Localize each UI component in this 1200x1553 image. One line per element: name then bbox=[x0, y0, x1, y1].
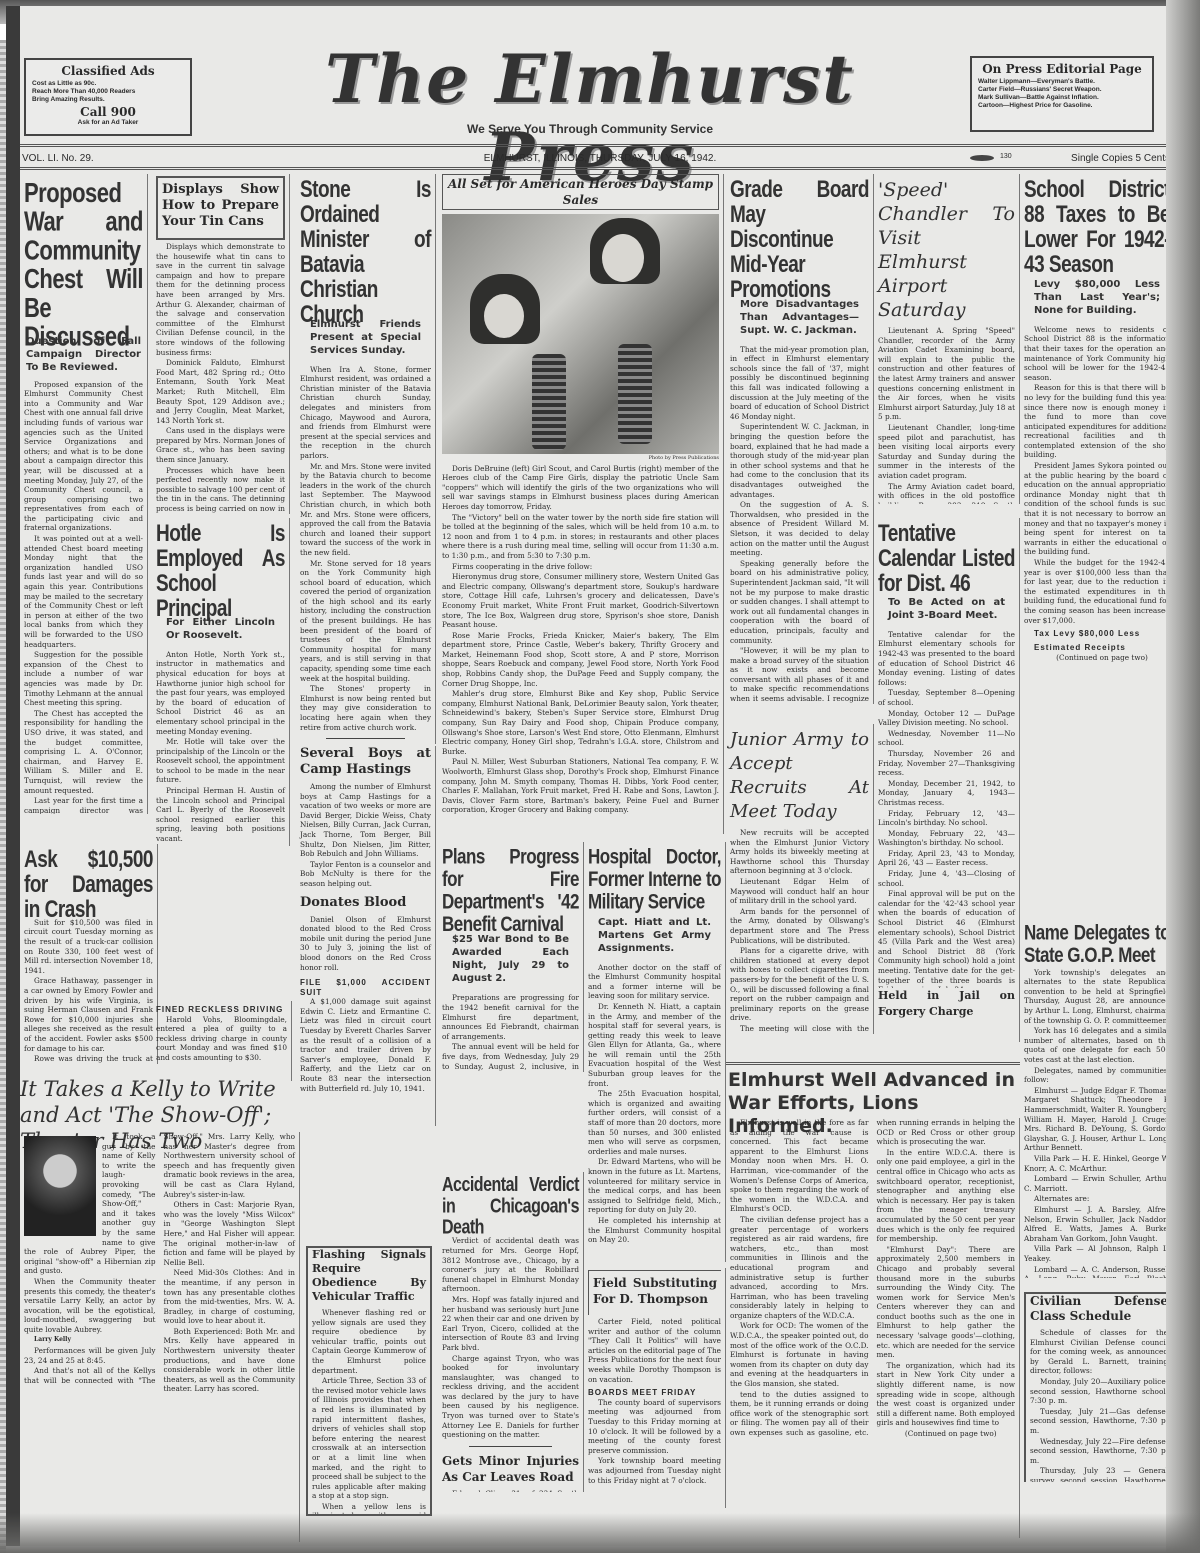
paragraph: Lieutenant Edgar Helm of Maywood will co… bbox=[730, 877, 869, 906]
editorial-box-title: On Press Editorial Page bbox=[978, 62, 1146, 76]
paragraph: He completed his internship at the Elmhu… bbox=[588, 1216, 721, 1245]
editorial-item: Mark Sullivan—Battle Against Inflation. bbox=[978, 94, 1146, 102]
deck: More Disadvantages Than Advantages— Supt… bbox=[740, 298, 859, 337]
article-hotle: Hotle Is Employed As School Principal Fo… bbox=[152, 518, 290, 846]
headline: 'Speed' Chandler To Visit Elmhurst Airpo… bbox=[878, 178, 1015, 322]
paragraph: The Army Aviation cadet board, with offi… bbox=[878, 482, 1015, 505]
article-lions: Elmhurst is well in the fore as far as a… bbox=[726, 1118, 1020, 1538]
article-hospital: Hospital Doctor, Former Interne to Milit… bbox=[584, 842, 726, 1262]
paragraph: Daniel Olson of Elmhurst donated blood t… bbox=[300, 915, 431, 973]
paragraph: Last year for the first time a campaign … bbox=[24, 796, 143, 814]
portrait-caption: Larry Kelly bbox=[24, 1335, 156, 1345]
newspaper-title: The Elmhurst Press bbox=[220, 40, 960, 196]
headline: Field Substituting For D. Thompson bbox=[593, 1275, 717, 1307]
paragraph: The county board of supervisors meeting … bbox=[588, 1398, 721, 1456]
article-calendar: Tentative Calendar Listed for Dist. 46 T… bbox=[874, 518, 1020, 988]
paragraph: Mahler's drug store, Elmhurst Bike and K… bbox=[442, 689, 719, 756]
classified-title: Classified Ads bbox=[32, 64, 184, 78]
article-gop: Name Delegates to State G.O.P. Meet York… bbox=[1020, 918, 1166, 1278]
paragraph: York has 16 delegates and a similar numb… bbox=[1024, 1026, 1166, 1064]
photo-headline: All Set for American Heroes Day Stamp Sa… bbox=[442, 174, 719, 210]
paragraph: Plans for a cigarette drive, with childr… bbox=[730, 946, 869, 1023]
headline: Stone Is Ordained Minister of Batavia Ch… bbox=[300, 178, 431, 328]
paragraph: Others in Cast: Marjorie Ryan, who was t… bbox=[164, 1200, 296, 1267]
paragraph: While the budget for the 1942-43 year is… bbox=[1024, 558, 1166, 625]
editorial-item: Walter Lippmann—Everyman's Battle. bbox=[978, 78, 1146, 86]
calendar-item: Friday, June 4, '43—Closing of school. bbox=[878, 869, 1015, 888]
paragraph: Elmhurst is well in the fore as far as a… bbox=[730, 1118, 869, 1214]
article-field: Field Substituting For D. Thompson Carte… bbox=[584, 1268, 726, 1508]
headline: School District 88 Taxes to Be Lower For… bbox=[1024, 178, 1166, 278]
paragraph: Mrs. Hopf was fatally injured and her hu… bbox=[442, 1295, 579, 1353]
classified-line: Cost as Little as 90c. bbox=[32, 80, 184, 88]
paragraph: Cans used in the displays were prepared … bbox=[156, 426, 285, 464]
paragraph: Taylor Fenton is a counselor and Bob McN… bbox=[300, 860, 431, 889]
paragraph: New recruits will be accepted when the E… bbox=[730, 828, 869, 876]
paragraph: Dr. Kenneth N. Hiatt, a captain in the A… bbox=[588, 1002, 721, 1088]
article-forgery: Held in Jail on Forgery Charge bbox=[874, 988, 1020, 1042]
paragraph: Edward Cline, 31, of 334 South st., Down… bbox=[442, 1489, 579, 1492]
divider bbox=[326, 738, 405, 739]
paragraph: Final approval will be put on the calend… bbox=[878, 889, 1015, 988]
paragraph: Whenever flashing red or yellow signals … bbox=[312, 1308, 426, 1375]
dateline-bar: VOL. LI. No. 29. ELMHURST, ILLINOIS, THU… bbox=[20, 144, 1166, 170]
masthead: Classified Ads Cost as Little as 90c. Re… bbox=[20, 32, 1166, 150]
article-stamp-sales: All Set for American Heroes Day Stamp Sa… bbox=[438, 174, 724, 834]
schedule-item: Thursday, July 23 — General survey, seco… bbox=[1030, 1466, 1166, 1482]
paragraph: Delegates, named by communities, follow: bbox=[1024, 1066, 1166, 1085]
paragraph: Lieutenant A. Spring "Speed" Chandler, r… bbox=[878, 326, 1015, 422]
paragraph: The meeting will close with the Star Spa… bbox=[730, 1024, 869, 1034]
paragraph: Preparations are progressing for the 194… bbox=[442, 993, 579, 1041]
paragraph: Lieutenant Chandler, long-time speed pil… bbox=[878, 423, 1015, 481]
paragraph: "However, it will be my plan to make a b… bbox=[730, 646, 869, 704]
headline: Ask $10,500 for Damages in Crash bbox=[24, 848, 153, 923]
paragraph: Mr. and Mrs. Stone were invited by the B… bbox=[300, 462, 431, 558]
paragraph: Reason for this is that there will be no… bbox=[1024, 383, 1166, 460]
paragraph: Lombard — A. C. Anderson, Russell A. Lon… bbox=[1024, 1265, 1166, 1279]
headline: Displays Show How to Prepare Your Tin Ca… bbox=[162, 182, 279, 230]
paragraph: The civilian defense project has a great… bbox=[730, 1215, 869, 1321]
paragraph: When the Community theater presents this… bbox=[24, 1277, 156, 1335]
paragraph: Arm bands for the personnel of the Army,… bbox=[730, 907, 869, 945]
headline: Held in Jail on Forgery Charge bbox=[878, 988, 1015, 1020]
newspaper-tagline: We Serve You Through Community Service bbox=[220, 122, 960, 136]
paragraph: Proposed expansion of the Elmhurst Commu… bbox=[24, 380, 143, 534]
paragraph: President James Sykora pointed out at th… bbox=[1024, 461, 1166, 557]
volume-number: VOL. LI. No. 29. bbox=[22, 153, 94, 164]
headline: Hospital Doctor, Former Interne to Milit… bbox=[588, 846, 721, 913]
scan-right-edge bbox=[1166, 0, 1200, 1553]
paragraph: Need Mid-30s Clothes: And in the meantim… bbox=[164, 1268, 296, 1326]
paragraph: A $1,000 damage suit against Edwin C. Li… bbox=[300, 997, 431, 1093]
article-chandler: 'Speed' Chandler To Visit Elmhurst Airpo… bbox=[874, 174, 1020, 504]
divider bbox=[469, 1446, 551, 1447]
calendar-item: Friday, February 12, '43—Lincoln's birth… bbox=[878, 809, 1015, 828]
headline: Plans Progress for Fire Department's '42… bbox=[442, 846, 579, 935]
price: Single Copies 5 Cents bbox=[1071, 153, 1166, 164]
article-war-chest: Proposed War and Community Chest Will Be… bbox=[20, 174, 148, 814]
article-junior-army: Junior Army to Accept Recruits At Meet T… bbox=[726, 724, 874, 1034]
headline: Several Boys at Camp Hastings bbox=[300, 746, 431, 778]
article-carnival: Plans Progress for Fire Department's '42… bbox=[438, 842, 584, 1072]
headline: Civilian Defense Class Schedule bbox=[1030, 1294, 1166, 1324]
deck: Levy $80,000 Less Than Last Year's; None… bbox=[1034, 278, 1160, 317]
article-stone: Stone Is Ordained Minister of Batavia Ch… bbox=[296, 174, 436, 744]
calendar-item: Monday, February 22, '43—Washington's bi… bbox=[878, 829, 1015, 848]
paragraph: York township's delegates and alternates… bbox=[1024, 968, 1166, 1026]
paragraph: The 25th Evacuation hospital, which is o… bbox=[588, 1089, 721, 1156]
article-accidental-verdict: Accidental Verdict in Chicagoan's Death … bbox=[438, 1172, 584, 1492]
headline: Hotle Is Employed As School Principal bbox=[156, 522, 285, 622]
article-tin-cans: Displays Show How to Prepare Your Tin Ca… bbox=[152, 174, 290, 514]
paragraph: Villa Park — Al Johnson, Ralph L. Yeakey… bbox=[1024, 1244, 1166, 1263]
paragraph: Work for OCD: The women of the W.D.C.A.,… bbox=[730, 1321, 869, 1388]
paragraph: Welcome news to residents of School Dist… bbox=[1024, 325, 1166, 383]
photo-girls-with-stockings bbox=[442, 214, 719, 454]
paragraph: Principal Herman H. Austin of the Lincol… bbox=[156, 786, 285, 844]
editorial-item: Cartoon—Highest Price for Gasoline. bbox=[978, 102, 1146, 110]
paragraph: "Elmhurst Day": There are approximately … bbox=[877, 1245, 1016, 1360]
headline: Accidental Verdict in Chicagoan's Death bbox=[442, 1176, 579, 1239]
paragraph: Suit for $10,500 was filed in circuit co… bbox=[24, 918, 153, 976]
paragraph: That the mid-year promotion plan, in eff… bbox=[730, 345, 869, 422]
article-fined: FINED RECKLESS DRIVING Harold Vohs, Bloo… bbox=[152, 1001, 292, 1081]
paragraph: Anton Hotle, North York st., instructor … bbox=[156, 650, 285, 736]
paragraph: Grace Hathaway, passenger in a car owned… bbox=[24, 976, 153, 1053]
paragraph: Among the number of Elmhurst boys at Cam… bbox=[300, 782, 431, 859]
paragraph: Harold Vohs, Bloomingdale, entered a ple… bbox=[156, 1015, 287, 1063]
subheadline: FILE $1,000 ACCIDENT SUIT bbox=[300, 978, 431, 997]
paragraph: Both Experienced: Both Mr. and Mrs. Kell… bbox=[164, 1327, 296, 1394]
paragraph: The Stones' property in Elmhurst is now … bbox=[300, 684, 431, 732]
headline: Gets Minor Injuries As Car Leaves Road bbox=[442, 1453, 579, 1485]
scan-bottom-edge bbox=[0, 1513, 1200, 1553]
paragraph: Article Three, Section 33 of the revised… bbox=[312, 1376, 426, 1501]
headline: Tentative Calendar Listed for Dist. 46 bbox=[878, 522, 1015, 597]
classified-ads-box: Classified Ads Cost as Little as 90c. Re… bbox=[24, 58, 192, 136]
article-camp-hastings: Several Boys at Camp Hastings Among the … bbox=[296, 746, 436, 1126]
calendar-item: Thursday, November 26 and Friday, Novemb… bbox=[878, 749, 1015, 778]
headline: Proposed War and Community Chest Will Be… bbox=[24, 178, 143, 351]
paragraph: The Chest has accepted the responsibilit… bbox=[24, 709, 143, 795]
paragraph: Superintendent W. C. Jackman, in bringin… bbox=[730, 422, 869, 499]
paragraph: Displays which demonstrate to the housew… bbox=[156, 242, 285, 357]
paragraph: Rowe was driving the truck at the time o… bbox=[24, 1054, 153, 1064]
paragraph: Villa Park — H. E. Hinkel, George W. Kno… bbox=[1024, 1154, 1166, 1173]
paragraph: Paul N. Miller, West Suburban Stationers… bbox=[442, 757, 719, 815]
schedule-item: Wednesday, July 22—Fire defense, second … bbox=[1030, 1437, 1166, 1466]
paragraph: Mr. Stone served for 18 years on the Yor… bbox=[300, 559, 431, 684]
article-grade-board: Grade Board May Discontinue Mid-Year Pro… bbox=[726, 174, 874, 704]
subheadline: Tax Levy $80,000 Less bbox=[1024, 629, 1166, 639]
deck: $25 War Bond to Be Awarded Each Night, J… bbox=[452, 933, 569, 985]
schedule-item: Monday, July 20—Auxiliary police, second… bbox=[1030, 1377, 1166, 1406]
headline: Junior Army to Accept Recruits At Meet T… bbox=[730, 728, 869, 824]
calendar-item: Monday, October 12 — DuPage Valley Divis… bbox=[878, 709, 1015, 728]
paragraph: Processes which have been perfected rece… bbox=[156, 466, 285, 514]
paragraph: Firms cooperating in the drive follow: bbox=[442, 562, 719, 572]
headline: Name Delegates to State G.O.P. Meet bbox=[1024, 922, 1166, 967]
paragraph: The annual event will be held for five d… bbox=[442, 1042, 579, 1072]
photo-credit: Photo by Press Publications bbox=[442, 454, 719, 464]
paragraph: Verdict of accidental death was returned… bbox=[442, 1236, 579, 1294]
paragraph: Elmhurst — J. A. Barsley, Alfred Nelson,… bbox=[1024, 1205, 1166, 1243]
paragraph: Mr. Hotle will take over the principalsh… bbox=[156, 737, 285, 785]
photo-caption: Doris DeBruine (left) Girl Scout, and Ca… bbox=[442, 464, 719, 512]
classified-line: Reach More Than 40,000 Readers bbox=[32, 88, 184, 96]
paragraph: On the suggestion of A. S. Thorwaldsen, … bbox=[730, 500, 869, 558]
paragraph: Schedule of classes for the Elmhurst Civ… bbox=[1030, 1328, 1166, 1376]
calendar-item: Tuesday, September 8—Opening of school. bbox=[878, 688, 1015, 707]
calendar-item: Friday, April 23, '43 to Monday, April 2… bbox=[878, 849, 1015, 868]
calendar-item: Monday, December 21, 1942, to Monday, Ja… bbox=[878, 779, 1015, 808]
paragraph: In the entire W.D.C.A. there is only one… bbox=[877, 1148, 1016, 1244]
paragraph: Tentative calendar for the Elmhurst elem… bbox=[878, 630, 1015, 688]
subheadline: Estimated Receipts bbox=[1024, 643, 1166, 653]
subheadline: BOARDS MEET FRIDAY bbox=[588, 1388, 721, 1398]
article-kelly: It took a guy by the name of Kelly to wr… bbox=[20, 1132, 300, 1542]
schedule-item: Tuesday, July 21—Gas defense, second ses… bbox=[1030, 1407, 1166, 1436]
paragraph: Speaking generally before the board on h… bbox=[730, 559, 869, 645]
paragraph: Performances will be given July 23, 24 a… bbox=[24, 1346, 156, 1365]
headline: Grade Board May Discontinue Mid-Year Pro… bbox=[730, 178, 869, 303]
article-civil-defense: Civilian Defense Class Schedule Schedule… bbox=[1024, 1292, 1166, 1482]
newspaper-page: Classified Ads Cost as Little as 90c. Re… bbox=[6, 6, 1166, 1546]
headline: Donates Blood bbox=[300, 895, 431, 911]
paragraph: It was pointed out at a well-attended Ch… bbox=[24, 534, 143, 649]
article-damages: Ask $10,500 for Damages in Crash Suit fo… bbox=[20, 844, 158, 1064]
paragraph: York township board meeting was adjourne… bbox=[588, 1456, 721, 1485]
continued-note: (Continued on page two) bbox=[877, 1429, 1016, 1439]
paragraph: Carter Field, noted political writer and… bbox=[588, 1317, 721, 1384]
continued-note: (Continued on page two) bbox=[1024, 653, 1166, 663]
deck: To Be Acted on at Joint 3-Board Meet. bbox=[888, 596, 1005, 622]
dateline: ELMHURST, ILLINOIS, THURSDAY, JULY 16, 1… bbox=[340, 153, 860, 164]
classified-line: Bring Amazing Results. bbox=[32, 96, 184, 104]
classified-ask: Ask for an Ad Taker bbox=[32, 119, 184, 127]
calendar-item: Wednesday, November 11—No school. bbox=[878, 729, 1015, 748]
paragraph: Rose Marie Frocks, Frieda Knicker, Maier… bbox=[442, 631, 719, 689]
paragraph: Alternates are: bbox=[1024, 1194, 1166, 1204]
deck: Capt. Hiatt and Lt. Martens Get Army Ass… bbox=[598, 916, 711, 955]
paragraph: When Ira A. Stone, former Elmhurst resid… bbox=[300, 365, 431, 461]
headline: Flashing Signals Require Obedience By Ve… bbox=[312, 1248, 426, 1304]
paragraph: The "Victory" bell on the water tower by… bbox=[442, 513, 719, 561]
editorial-item: Carter Field—Russians' Secret Weapon. bbox=[978, 86, 1146, 94]
paragraph: Charge against Tryon, who was booked for… bbox=[442, 1354, 579, 1440]
paragraph: Elmhurst — Judge Edgar F. Thomas, Margar… bbox=[1024, 1086, 1166, 1153]
union-label-icon bbox=[970, 155, 994, 161]
paragraph: Dr. Edward Martens, who will be known in… bbox=[588, 1157, 721, 1215]
paragraph: Another doctor on the staff of the Elmhu… bbox=[588, 963, 721, 1001]
paragraph: Hieronymus drug store, Consumer milliner… bbox=[442, 572, 719, 630]
paragraph: Dominick Falduto, Elmhurst Food Mart, 48… bbox=[156, 358, 285, 425]
article-district-88: School District 88 Taxes to Be Lower For… bbox=[1020, 174, 1166, 714]
portrait-larry-kelly bbox=[24, 1136, 96, 1236]
paragraph: Suggestion for the possible expansion of… bbox=[24, 650, 143, 708]
classified-call: Call 900 bbox=[32, 105, 184, 119]
editorial-page-box: On Press Editorial Page Walter Lippmann—… bbox=[970, 56, 1154, 132]
subheadline: FINED RECKLESS DRIVING bbox=[156, 1005, 287, 1015]
paragraph: A graduate of Elmhurst college with a Ba… bbox=[156, 845, 285, 846]
paragraph: Lombard — Erwin Schuller, Arthur C. Marr… bbox=[1024, 1174, 1166, 1193]
union-label-number: 130 bbox=[1000, 153, 1012, 160]
article-flashing-signals: Flashing Signals Require Obedience By Ve… bbox=[306, 1246, 432, 1516]
paragraph: The organization, which had its start in… bbox=[877, 1361, 1016, 1428]
